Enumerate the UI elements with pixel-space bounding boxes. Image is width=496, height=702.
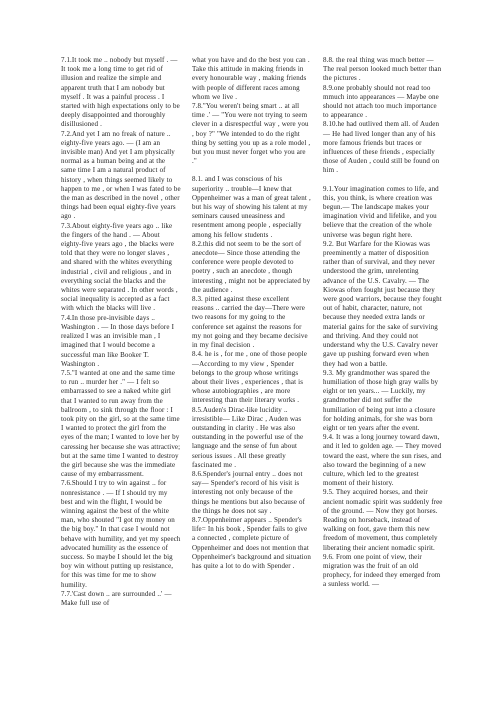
paragraph: 8.3. pitted against these excellent reas… bbox=[192, 295, 312, 350]
paragraph: 8.1. and I was conscious of his superior… bbox=[192, 175, 312, 239]
text-column-3: 8.8. the real thing was much better — Th… bbox=[323, 56, 443, 608]
paragraph: 8.2.this did not seem to be the sort of … bbox=[192, 240, 312, 295]
paragraph: 9.4. It was a long journey toward dawn, … bbox=[323, 433, 443, 488]
text-column-1: 7.1.It took me .. nobody but myself . — … bbox=[61, 56, 181, 608]
document-page: 7.1.It took me .. nobody but myself . — … bbox=[0, 0, 496, 702]
paragraph: 7.4.In those pre-invisible days .. Washi… bbox=[61, 314, 181, 369]
paragraph-block: 7.1.It took me .. nobody but myself . — … bbox=[61, 56, 181, 608]
text-column-2: what you have and do the best you can . … bbox=[192, 56, 312, 608]
paragraph: 9.3. My grandmother was spared the humil… bbox=[323, 369, 443, 433]
paragraph: 7.3.About eighty-five years ago .. like … bbox=[61, 222, 181, 314]
paragraph: 8.10.he had outlived them all. of Auden … bbox=[323, 120, 443, 175]
paragraph-block: 8.1. and I was conscious of his superior… bbox=[192, 175, 312, 571]
paragraph-block: 8.8. the real thing was much better — Th… bbox=[323, 56, 443, 176]
paragraph: 7.1.It took me .. nobody but myself . — … bbox=[61, 56, 181, 130]
paragraph: 8.5.Auden's Dirac-like lucidity .. irres… bbox=[192, 406, 312, 470]
paragraph: 7.6.Should I try to win against .. for n… bbox=[61, 479, 181, 589]
paragraph: 7.7.'Cast down .. are surrounded ..' — M… bbox=[61, 590, 181, 608]
paragraph: 9.1.Your imagination comes to life, and … bbox=[323, 185, 443, 240]
paragraph: 9.6. From one point of view, their migra… bbox=[323, 553, 443, 590]
paragraph-block: what you have and do the best you can . … bbox=[192, 56, 312, 166]
paragraph: 7.2.And yet I am no freak of nature .. e… bbox=[61, 130, 181, 222]
paragraph: 8.6.Spender's journal entry .. does not … bbox=[192, 470, 312, 516]
paragraph: 8.8. the real thing was much better — Th… bbox=[323, 56, 443, 84]
paragraph: 9.5. They acquired horses, and their anc… bbox=[323, 488, 443, 552]
paragraph: 7.8."You weren't being smart .. at all t… bbox=[192, 102, 312, 166]
paragraph: 8.9.one probably should not read too mmu… bbox=[323, 84, 443, 121]
paragraph: 8.4. he is , for me , one of those peopl… bbox=[192, 350, 312, 405]
columns: 7.1.It took me .. nobody but myself . — … bbox=[61, 56, 440, 608]
paragraph: 8.7.Oppenheimer appears .. Spender's lif… bbox=[192, 516, 312, 571]
paragraph: what you have and do the best you can . … bbox=[192, 56, 312, 102]
paragraph-block: 9.1.Your imagination comes to life, and … bbox=[323, 185, 443, 590]
paragraph: 9.2. But Warfare for the Kiowas was pree… bbox=[323, 240, 443, 369]
paragraph: 7.5."I wanted at one and the same time t… bbox=[61, 369, 181, 479]
